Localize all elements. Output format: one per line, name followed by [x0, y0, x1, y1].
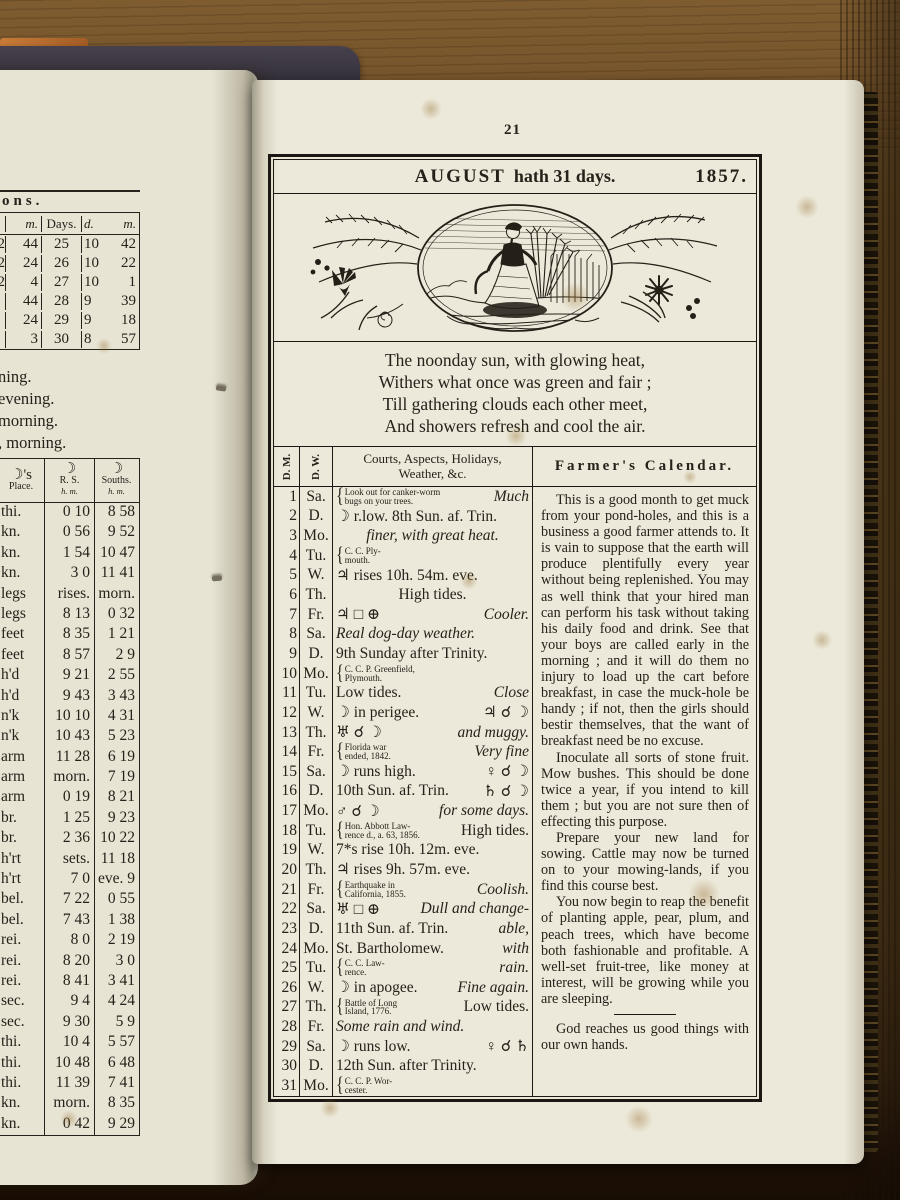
moon-table-row: thi.11 397 41: [0, 1074, 139, 1094]
poem-line: And showers refresh and cool the air.: [274, 415, 756, 437]
calendar-row: 13Th.♅ ☌ ☽and muggy.: [274, 723, 533, 743]
almanac-photo: ons. m. Days. d. m. 24425104222426102224…: [0, 0, 900, 1200]
calendar-row: 22Sa.♅ □ ⊕Dull and change-: [274, 899, 533, 919]
calendar-row: 5W.♃ rises 10h. 54m. eve.: [274, 566, 533, 586]
moon-table-row: arm11 286 19: [0, 748, 139, 768]
calendar-row: 31Mo.{C. C. P. Wor-cester.: [274, 1076, 533, 1096]
calendar-row: 1Sa.{Look out for canker-wormbugs on you…: [274, 487, 533, 507]
calendar-row: 27Th.{Battle of LongIsland, 1776.Low tid…: [274, 998, 533, 1018]
calendar-row: 18Tu.{Hon. Abbott Law-rence d., a. 63, 1…: [274, 821, 533, 841]
moon-table-row: rei.8 02 19: [0, 931, 139, 951]
moon-icon: ☽: [110, 464, 123, 475]
farmer-paragraph: Inoculate all sorts of stone fruit. Mow …: [541, 750, 749, 830]
farmer-motto: God reaches us good things with our own …: [541, 1021, 749, 1053]
calendar-row: 20Th.♃ rises 9h. 57m. eve.: [274, 860, 533, 880]
calendar-header: D. M. D. W. Courts, Aspects, Holidays, W…: [274, 447, 756, 487]
left-page-content: ons. m. Days. d. m. 24425104222426102224…: [0, 70, 258, 1185]
calendar-row: 24Mo.St. Bartholomew.with: [274, 939, 533, 959]
moon-table-row: legs8 130 32: [0, 605, 139, 625]
moon-table-rows: thi.0 108 58kn.0 569 52kn.1 5410 47kn.3 …: [0, 503, 139, 1135]
calendar-row: 11Tu.Low tides.Close: [274, 683, 533, 703]
phase-lines: ning.evening.morning., morning.: [0, 366, 66, 454]
left-top-table-row: 244251042: [0, 235, 139, 254]
left-top-table-row: 2427101: [0, 273, 139, 292]
month-name: AUGUST: [415, 166, 506, 188]
moon-table: ☽'s Place. ☽ R. S. h. m. ☽ Souths. h. m.: [0, 458, 140, 1136]
moon-table-row: kn.morn.8 35: [0, 1094, 139, 1114]
day-of-month-column-header: D. M.: [274, 447, 300, 486]
left-top-table-row: 224261022: [0, 254, 139, 273]
left-top-table-row: 2429918: [0, 311, 139, 330]
moon-table-row: sec.9 44 24: [0, 992, 139, 1012]
calendar-row: 7Fr.♃ □ ⊕Cooler.: [274, 605, 533, 625]
month-engraving: [285, 198, 745, 338]
moon-table-row: bel.7 431 38: [0, 911, 139, 931]
moon-table-row: br.1 259 23: [0, 809, 139, 829]
right-page: 21 AUGUST hath 31 days. 1857.: [252, 80, 864, 1164]
motto-divider: [614, 1014, 676, 1015]
day-of-week-column-header: D. W.: [300, 447, 333, 486]
page-number: 21: [504, 122, 521, 139]
calendar-row: 23D.11th Sun. af. Trin.able,: [274, 919, 533, 939]
moon-table-row: kn.0 569 52: [0, 523, 139, 543]
calendar-row: 12W.☽ in perigee.♃ ☌ ☽: [274, 703, 533, 723]
moon-table-row: rei.8 203 0: [0, 952, 139, 972]
moon-table-row: h'rtsets.11 18: [0, 850, 139, 870]
calendar-row: 4Tu.{C. C. Ply-mouth.: [274, 546, 533, 566]
calendar-row: 6Th.High tides.: [274, 585, 533, 605]
phase-line: morning.: [0, 410, 66, 432]
moon-icon: ☽'s: [10, 470, 32, 481]
phase-line: ning.: [0, 366, 66, 388]
moon-table-row: br.2 3610 22: [0, 829, 139, 849]
poem-line: Till gathering clouds each other meet,: [274, 393, 756, 415]
left-top-table-title: ons.: [0, 190, 140, 212]
farmers-calendar-header: Farmer's Calendar.: [533, 447, 756, 486]
moon-table-row: n'k10 435 23: [0, 727, 139, 747]
left-top-table-row: 4428939: [0, 292, 139, 311]
moon-table-row: arm0 198 21: [0, 788, 139, 808]
printed-frame: AUGUST hath 31 days. 1857.: [268, 154, 762, 1102]
phase-line: , morning.: [0, 432, 66, 454]
left-top-table: ons. m. Days. d. m. 24425104222426102224…: [0, 190, 140, 350]
moon-table-row: thi.10 486 48: [0, 1054, 139, 1074]
farmer-column: This is a good month to get muck from yo…: [533, 487, 756, 1096]
moon-table-row: armmorn.7 19: [0, 768, 139, 788]
moon-table-row: thi.10 45 57: [0, 1033, 139, 1053]
calendar-row: 3Mo.finer, with great heat.: [274, 526, 533, 546]
moon-table-row: kn.1 5410 47: [0, 544, 139, 564]
calendar-row: 21Fr.{Earthquake inCalifornia, 1855.Cool…: [274, 880, 533, 900]
poem-line: The noonday sun, with glowing heat,: [274, 349, 756, 371]
year-label: 1857.: [695, 166, 748, 188]
moon-table-row: sec.9 305 9: [0, 1013, 139, 1033]
left-page: ons. m. Days. d. m. 24425104222426102224…: [0, 70, 258, 1185]
calendar-row: 26W.☽ in apogee.Fine again.: [274, 978, 533, 998]
moon-table-row: feet8 351 21: [0, 625, 139, 645]
moon-table-row: h'd9 212 55: [0, 666, 139, 686]
calendar-row: 28Fr.Some rain and wind.: [274, 1017, 533, 1037]
calendar-row: 8Sa.Real dog-day weather.: [274, 624, 533, 644]
moon-icon: ☽: [63, 464, 76, 475]
moon-table-row: rei.8 413 41: [0, 972, 139, 992]
moon-table-header: ☽'s Place. ☽ R. S. h. m. ☽ Souths. h. m.: [0, 459, 139, 503]
moon-table-row: bel.7 220 55: [0, 890, 139, 910]
moon-table-row: h'd9 433 43: [0, 687, 139, 707]
moon-table-row: legsrises.morn.: [0, 585, 139, 605]
calendar-row: 15Sa.☽ runs high.♀ ☌ ☽: [274, 762, 533, 782]
poem: The noonday sun, with glowing heat, With…: [274, 342, 756, 447]
courts-column-header: Courts, Aspects, Holidays, Weather, &c.: [333, 447, 533, 486]
moon-table-row: thi.0 108 58: [0, 503, 139, 523]
calendar-row: 16D.10th Sun. af. Trin.♄ ☌ ☽: [274, 782, 533, 802]
farmer-paragraph: Prepare your new land for sowing. Cattle…: [541, 830, 749, 894]
calendar-row: 17Mo.♂ ☌ ☽for some days.: [274, 801, 533, 821]
calendar-row: 2D.☽ r.low. 8th Sun. af. Trin.: [274, 507, 533, 527]
moon-table-row: kn.3 011 41: [0, 564, 139, 584]
month-title-row: AUGUST hath 31 days. 1857.: [274, 160, 756, 194]
poem-line: Withers what once was green and fair ;: [274, 371, 756, 393]
calendar-row: 9D.9th Sunday after Trinity.: [274, 644, 533, 664]
left-top-table-header: m. Days. d. m.: [0, 213, 139, 235]
farmer-paragraph: You now begin to reap the benefit of pla…: [541, 894, 749, 1007]
calendar-row: 30D.12th Sun. after Trinity.: [274, 1057, 533, 1077]
month-subtitle: hath 31 days.: [514, 166, 616, 187]
calendar-row: 19W.7*s rise 10h. 12m. eve.: [274, 841, 533, 861]
moon-table-row: n'k10 104 31: [0, 707, 139, 727]
engraving-box: [274, 194, 756, 342]
calendar-row: 10Mo.{C. C. P. Greenfield,Plymouth.: [274, 664, 533, 684]
binding-stitch: [212, 576, 222, 582]
phase-line: evening.: [0, 388, 66, 410]
moon-table-row: h'rt7 0eve. 9: [0, 870, 139, 890]
calendar-rows: 1Sa.{Look out for canker-wormbugs on you…: [274, 487, 533, 1096]
left-top-table-row: 330857: [0, 330, 139, 349]
calendar-row: 14Fr.{Florida warended, 1842.Very fine: [274, 742, 533, 762]
calendar-row: 29Sa.☽ runs low.♀ ☌ ♄: [274, 1037, 533, 1057]
farmer-paragraph: This is a good month to get muck from yo…: [541, 492, 749, 750]
left-top-table-rows: 2442510422242610222427101442893924299183…: [0, 235, 139, 349]
moon-table-row: kn.0 429 29: [0, 1115, 139, 1135]
calendar-row: 25Tu.{C. C. Law-rence.rain.: [274, 958, 533, 978]
moon-table-row: feet8 572 9: [0, 646, 139, 666]
